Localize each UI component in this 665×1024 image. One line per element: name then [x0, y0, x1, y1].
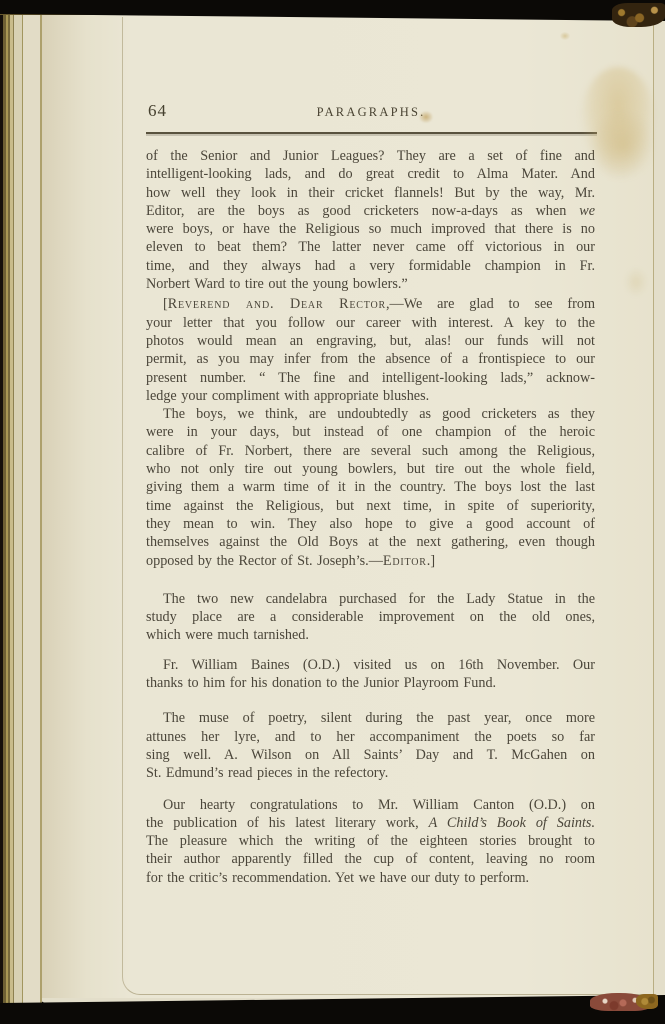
text-segment: the publication of his latest literary w…	[146, 815, 429, 831]
marbled-cover-corner-bottom	[636, 994, 658, 1009]
text-segment: Our hearty congratulations to Mr. Willia…	[163, 797, 595, 813]
text-line: The muse of poetry, silent during the pa…	[146, 709, 595, 727]
text-segment: time against the Religious, but next tim…	[146, 498, 595, 514]
text-segment: attunes her lyre, and to her accompanime…	[146, 729, 595, 745]
text-line: who not only tire out young bowlers, but…	[146, 460, 595, 478]
italic-text: A Child’s Book of Saints.	[429, 815, 595, 831]
page-header: 64 PARAGRAPHS.	[146, 101, 596, 123]
paragraph: The muse of poetry, silent during the pa…	[146, 709, 595, 782]
text-line: attunes her lyre, and to her accompanime…	[146, 728, 595, 746]
text-line: photos would mean an engraving, but, ala…	[146, 332, 595, 350]
text-segment: which were much tarnished.	[146, 627, 309, 643]
paragraph: The two new candelabra purchased for the…	[146, 590, 595, 645]
small-caps-text: Editor	[383, 553, 427, 569]
text-line: giving them a warm time of it in the cou…	[146, 478, 595, 496]
paragraph: The boys, we think, are undoubtedly as g…	[146, 405, 595, 570]
text-segment: sing well. A. Wilson on All Saints’ Day …	[146, 747, 595, 763]
text-segment: Norbert Ward to tire out the young bowle…	[146, 276, 408, 292]
text-line: present number. “ The fine and intellige…	[146, 369, 595, 387]
text-segment: were boys, or have the Religious so much…	[146, 221, 595, 237]
text-line: which were much tarnished.	[146, 626, 595, 644]
text-segment: permit, as you may infer from the absenc…	[146, 351, 595, 367]
page-edge-stack	[14, 8, 22, 1016]
text-segment: thanks to him for his donation to the Ju…	[146, 675, 496, 691]
text-line: The boys, we think, are undoubtedly as g…	[146, 405, 595, 423]
text-line: for the critic’s recommendation. Yet we …	[146, 869, 595, 887]
text-line: time against the Religious, but next tim…	[146, 497, 595, 515]
text-segment: how well they look in their cricket flan…	[146, 185, 595, 201]
text-segment: The muse of poetry, silent during the pa…	[163, 710, 595, 726]
text-segment: themselves against the Old Boys at the n…	[146, 534, 595, 550]
text-line: Norbert Ward to tire out the young bowle…	[146, 275, 595, 293]
text-segment: Editor, are the boys as good cricketers …	[146, 203, 579, 219]
text-line: Editor, are the boys as good cricketers …	[146, 202, 595, 220]
text-segment: study place are a considerable improveme…	[146, 609, 595, 625]
book-photo: 64 PARAGRAPHS. of the Senior and Junior …	[0, 0, 665, 1024]
text-line: intelligent-looking lads, and do great c…	[146, 165, 595, 183]
text-segment: intelligent-looking lads, and do great c…	[146, 166, 595, 182]
marbled-cover-corner-top	[612, 3, 665, 27]
text-line: thanks to him for his donation to the Ju…	[146, 674, 595, 692]
text-line: eleven to beat them? The latter never ca…	[146, 238, 595, 256]
book-page: 64 PARAGRAPHS. of the Senior and Junior …	[42, 15, 654, 998]
text-segment: The boys, we think, are undoubtedly as g…	[163, 406, 595, 422]
text-line: time, and they always had a very formida…	[146, 257, 595, 275]
text-segment: Fr. William Baines (O.D.) visited us on …	[163, 657, 595, 673]
text-segment: opposed by the Rector of St. Joseph’s.—	[146, 553, 383, 569]
text-line: were boys, or have the Religious so much…	[146, 220, 595, 238]
text-line: [Reverend and. Dear Rector,—We are glad …	[146, 295, 595, 313]
text-segment: time, and they always had a very formida…	[146, 258, 595, 274]
page-body: of the Senior and Junior Leagues? They a…	[146, 147, 595, 887]
text-line: they mean to win. They also hope to give…	[146, 515, 595, 533]
paragraph: [Reverend and. Dear Rector,—We are glad …	[146, 295, 595, 405]
text-line: their author apparently filled the cup o…	[146, 850, 595, 868]
text-segment: of the Senior and Junior Leagues? They a…	[146, 148, 595, 164]
text-segment: St. Edmund’s read pieces in the refector…	[146, 765, 388, 781]
text-segment: they mean to win. They also hope to give…	[146, 516, 595, 532]
text-segment: eleven to beat them? The latter never ca…	[146, 239, 595, 255]
text-line: sing well. A. Wilson on All Saints’ Day …	[146, 746, 595, 764]
paragraph: Our hearty congratulations to Mr. Willia…	[146, 796, 595, 887]
text-segment: who not only tire out young bowlers, but…	[146, 461, 595, 477]
italic-text: we	[579, 203, 595, 219]
text-segment: .]	[427, 553, 435, 569]
text-line: of the Senior and Junior Leagues? They a…	[146, 147, 595, 165]
book-binding-edges	[0, 8, 42, 1016]
text-line: St. Edmund’s read pieces in the refector…	[146, 764, 595, 782]
text-segment: for the critic’s recommendation. Yet we …	[146, 870, 529, 886]
text-line: The two new candelabra purchased for the…	[146, 590, 595, 608]
paragraph: of the Senior and Junior Leagues? They a…	[146, 147, 595, 293]
text-line: study place are a considerable improveme…	[146, 608, 595, 626]
page-number: 64	[148, 101, 167, 121]
text-line: permit, as you may infer from the absenc…	[146, 350, 595, 368]
text-line: opposed by the Rector of St. Joseph’s.—E…	[146, 552, 595, 570]
text-segment: The pleasure which the writing of the ei…	[146, 833, 595, 849]
text-line: how well they look in their cricket flan…	[146, 184, 595, 202]
page-edge-stack	[23, 8, 40, 1016]
header-rule	[146, 132, 597, 134]
text-line: Fr. William Baines (O.D.) visited us on …	[146, 656, 595, 674]
foxing-stain	[590, 110, 656, 180]
foxing-stain	[560, 32, 570, 40]
text-segment: ,—We are glad to see from	[386, 296, 595, 312]
foxing-stain	[624, 267, 648, 297]
text-line: themselves against the Old Boys at the n…	[146, 533, 595, 551]
text-segment: calibre of Fr. Norbert, there are severa…	[146, 443, 595, 459]
text-segment: ledge your compliment with appropriate b…	[146, 388, 429, 404]
small-caps-text: Reverend and. Dear Rector	[168, 296, 386, 312]
text-segment: The two new candelabra purchased for the…	[163, 591, 595, 607]
text-line: The pleasure which the writing of the ei…	[146, 832, 595, 850]
text-line: were in your days, but instead of one ch…	[146, 423, 595, 441]
text-line: the publication of his latest literary w…	[146, 814, 595, 832]
text-segment: their author apparently filled the cup o…	[146, 851, 595, 867]
text-line: your letter that you follow our career w…	[146, 314, 595, 332]
text-segment: present number. “ The fine and intellige…	[146, 370, 595, 386]
text-segment: photos would mean an engraving, but, ala…	[146, 333, 595, 349]
running-title: PARAGRAPHS.	[146, 101, 596, 120]
text-line: ledge your compliment with appropriate b…	[146, 387, 595, 405]
paragraph: Fr. William Baines (O.D.) visited us on …	[146, 656, 595, 693]
text-segment: giving them a warm time of it in the cou…	[146, 479, 595, 495]
text-line: calibre of Fr. Norbert, there are severa…	[146, 442, 595, 460]
text-line: Our hearty congratulations to Mr. Willia…	[146, 796, 595, 814]
text-segment: your letter that you follow our career w…	[146, 315, 595, 331]
text-segment: were in your days, but instead of one ch…	[146, 424, 595, 440]
